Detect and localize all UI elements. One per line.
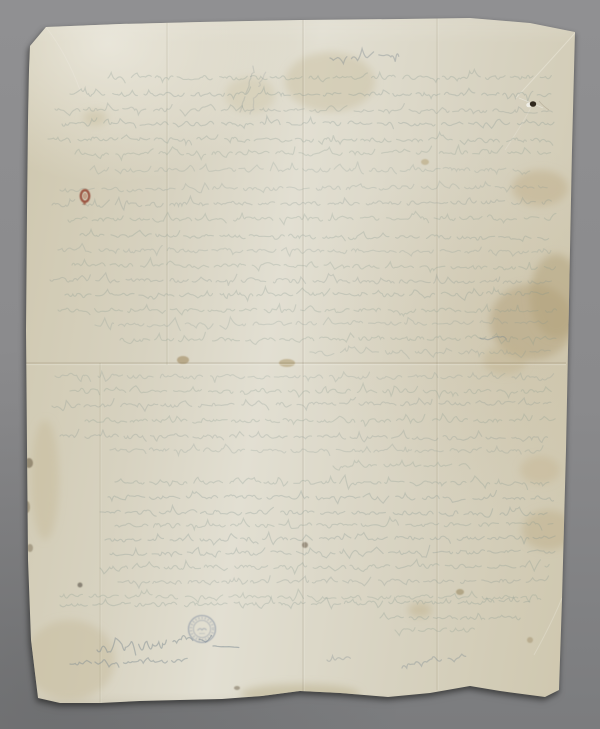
crease-line xyxy=(46,27,80,90)
stain-spot xyxy=(240,684,360,704)
stain-spot xyxy=(25,458,33,468)
bleed-text-line xyxy=(118,575,549,588)
stamp-rim-text xyxy=(191,618,213,640)
stain-spot xyxy=(24,501,30,513)
stain-spot xyxy=(83,110,107,126)
bleed-text-line xyxy=(68,211,556,226)
stain-spot xyxy=(522,510,574,550)
script-bleed-mark xyxy=(401,650,466,672)
stain-spot xyxy=(530,254,582,338)
stain-spot xyxy=(408,603,432,617)
bleed-text-line xyxy=(105,531,555,547)
stain-spot xyxy=(483,345,527,375)
stain-spot xyxy=(31,420,59,540)
stain-spot xyxy=(527,637,533,643)
stain-spot xyxy=(520,456,560,484)
bleed-text-line xyxy=(52,396,551,412)
bleed-text-line xyxy=(110,545,555,560)
stain-spot xyxy=(421,159,429,165)
paper-shadow xyxy=(0,0,600,729)
bleed-text-line xyxy=(72,258,556,273)
bleed-text-line xyxy=(395,628,474,636)
hole-dark xyxy=(530,101,536,107)
bleed-text-line xyxy=(108,490,554,505)
seal-center xyxy=(83,193,87,199)
bleed-text-line xyxy=(60,429,548,443)
crease-line xyxy=(534,598,562,655)
artifact-layer xyxy=(0,0,600,729)
stamp-inner-ring xyxy=(193,620,210,637)
photograph-background xyxy=(0,0,600,729)
library-stamp xyxy=(189,616,216,643)
bleed-text-line xyxy=(70,383,551,398)
stain-spot xyxy=(285,52,375,112)
bleed-text-line xyxy=(333,460,470,470)
bleed-text-line xyxy=(115,517,553,532)
crease-line xyxy=(516,33,575,98)
stamp-center-mark xyxy=(198,629,207,631)
bleed-text-line xyxy=(80,230,549,243)
bleed-text-line xyxy=(62,116,554,129)
bleed-text-line xyxy=(100,505,547,517)
stain-spot xyxy=(456,589,464,595)
bleed-text-line xyxy=(85,414,555,427)
bleed-text-line xyxy=(60,180,547,194)
bleed-text-line xyxy=(60,589,541,604)
stain-spot xyxy=(234,686,240,690)
bleed-text-line xyxy=(110,443,543,456)
hole-crease-dark xyxy=(539,101,549,110)
bleed-text-line xyxy=(58,304,557,316)
bleed-text-line xyxy=(65,286,549,301)
bleed-text-line xyxy=(48,131,553,146)
wax-seal-mark xyxy=(81,190,89,205)
bleedthrough-writing xyxy=(48,69,557,635)
stamp-outer-ring xyxy=(189,616,216,643)
stain-spot xyxy=(225,77,275,113)
stain-spot xyxy=(27,544,33,552)
bleed-text-line xyxy=(100,559,549,574)
crease-line xyxy=(505,104,533,150)
letter-sheet xyxy=(0,0,600,729)
bleed-text-line xyxy=(90,161,530,175)
seal-drip xyxy=(83,202,86,205)
bleed-text-line xyxy=(380,613,520,620)
paper-hole xyxy=(519,98,549,110)
bleed-text-line xyxy=(75,145,551,160)
bleed-text-line xyxy=(95,315,548,331)
bleed-text-line xyxy=(52,194,551,210)
script-bleed-mark xyxy=(327,655,351,662)
bleed-text-line xyxy=(50,273,551,288)
bleed-text-line xyxy=(115,475,549,490)
script-bleed-mark xyxy=(213,646,239,648)
stain-spot xyxy=(78,583,83,588)
